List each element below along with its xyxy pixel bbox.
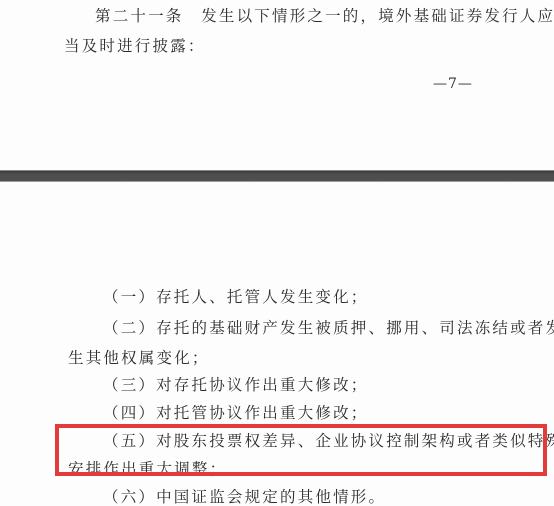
article-21-line-2: 当及时进行披露： xyxy=(64,36,206,56)
list-item-6: （六）中国证监会规定的其他情形。 xyxy=(103,487,386,506)
page-number: —7— xyxy=(433,76,473,92)
document-page-upper: 第二十一条 发生以下情形之一的，境外基础证券发行人应 当及时进行披露： —7— xyxy=(0,0,554,170)
list-item-3: （三）对存托协议作出重大修改； xyxy=(103,375,369,395)
list-item-2-line-2: 生其他权属变化； xyxy=(68,348,210,368)
page-separator xyxy=(0,170,554,182)
red-highlight-box xyxy=(55,424,547,476)
list-item-4: （四）对托管协议作出重大修改； xyxy=(103,403,369,423)
list-item-2-line-1: （二）存托的基础财产发生被质押、挪用、司法冻结或者发 xyxy=(103,318,554,338)
article-21-line-1: 第二十一条 发生以下情形之一的，境外基础证券发行人应 xyxy=(95,6,554,26)
list-item-1: （一）存托人、托管人发生变化； xyxy=(103,287,369,307)
